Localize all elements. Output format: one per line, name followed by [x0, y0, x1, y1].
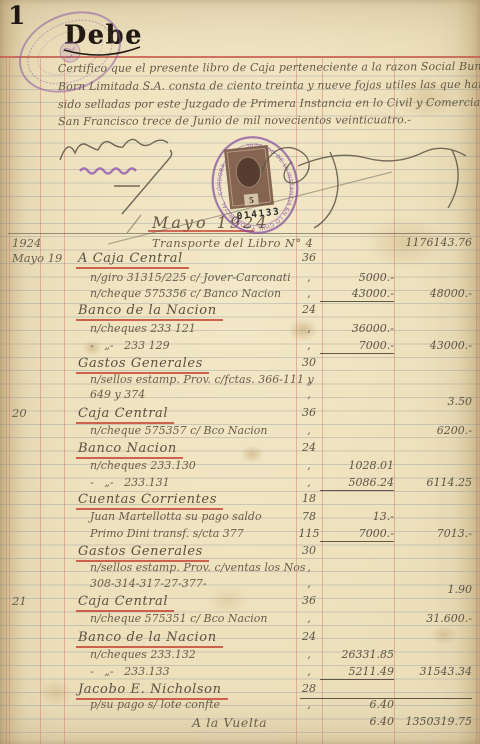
ledger-row: Gastos Generales30: [0, 544, 480, 559]
folio-ref: ,: [296, 373, 322, 386]
ledger-row: p/su pago s/ lote confte,6.40: [0, 698, 480, 713]
entry-description: n/sellos estamp. Prov. c/ventas los Nos: [90, 561, 306, 574]
entry-description: n/cheques 233 121: [90, 322, 196, 335]
folio-ref: ,: [296, 424, 322, 437]
ledger-row: Gastos Generales30: [0, 356, 480, 371]
amount-col2: 31.600.-: [398, 612, 472, 625]
ledger-row: - „- 233 129,7000.-43000.-: [0, 339, 480, 354]
folio-ref: ,: [296, 648, 322, 661]
account-title: Gastos Generales: [76, 544, 209, 562]
amount-col1: 13.-: [320, 510, 394, 523]
ledger-row: Banco Nacion24: [0, 441, 480, 456]
ledger-row: Banco de la Nacion24: [0, 303, 480, 318]
entry-date: Mayo 19: [12, 251, 72, 265]
entry-description: n/cheques 233.132: [90, 648, 196, 661]
amount-col2: 6200.-: [398, 424, 472, 437]
amount-col1: 26331.85: [320, 648, 394, 661]
folio-ref: 24: [296, 441, 322, 454]
ledger-row: n/cheque 575357 c/ Bco Nacion,6200.-: [0, 424, 480, 439]
entry-description: - „- 233.131: [90, 476, 170, 489]
ledger-row: Banco de la Nacion24: [0, 630, 480, 645]
entry-description: p/su pago s/ lote confte: [90, 698, 220, 711]
ledger-row: Jacobo E. Nicholson28: [0, 682, 480, 697]
folio-ref: 30: [296, 544, 322, 557]
ledger-entries: 1924Transporte del Libro N° 41176143.76M…: [0, 0, 480, 744]
folio-ref: ,: [296, 459, 322, 472]
entry-description: A la Vuelta: [192, 715, 267, 730]
amount-col2: 31543.34: [398, 665, 472, 678]
ledger-row: 20Caja Central36: [0, 406, 480, 421]
folio-ref: 36: [296, 251, 322, 264]
entry-description: Primo Dini transf. s/cta 377: [90, 527, 244, 540]
account-title: Caja Central: [76, 594, 174, 612]
ledger-row: n/cheque 575356 c/ Banco Nacion,43000.-4…: [0, 287, 480, 302]
folio-ref: ,: [296, 561, 322, 574]
entry-date: 21: [12, 594, 72, 608]
ledger-row: Juan Martellotta su pago saldo7813.-: [0, 510, 480, 525]
entry-description: n/cheques 233.130: [90, 459, 196, 472]
ledger-row: n/sellos estamp. Prov. c/ventas los Nos,: [0, 561, 480, 576]
amount-col2: 48000.-: [398, 287, 472, 300]
folio-ref: ,: [296, 322, 322, 335]
ledger-row: Mayo 19A Caja Central36: [0, 251, 480, 266]
folio-ref: ,: [296, 612, 322, 625]
ledger-row: n/giro 31315/225 c/ Jover-Carconati,5000…: [0, 271, 480, 286]
folio-ref: ,: [296, 476, 322, 489]
folio-ref: 78: [296, 510, 322, 523]
folio-ref: 115: [296, 527, 322, 540]
ledger-row: n/cheque 575351 c/ Bco Nacion,31.600.-: [0, 612, 480, 627]
entry-description: - „- 233 129: [90, 339, 170, 352]
ledger-row: Primo Dini transf. s/cta 3771157000.-701…: [0, 527, 480, 542]
ledger-row: n/cheques 233.130,1028.01: [0, 459, 480, 474]
folio-ref: 18: [296, 492, 322, 505]
entry-date: 1924: [12, 236, 72, 250]
amount-col1: 7000.-: [320, 339, 394, 354]
amount-col1: 7000.-: [320, 527, 394, 542]
ledger-row: n/sellos estamp. Prov. c/fctas. 366-111 …: [0, 373, 480, 388]
folio-ref: ,: [296, 698, 322, 711]
account-title: Banco de la Nacion: [76, 630, 223, 648]
folio-ref: 30: [296, 356, 322, 369]
folio-ref: ,: [296, 271, 322, 284]
ledger-row: 21Caja Central36: [0, 594, 480, 609]
account-title: Banco Nacion: [76, 441, 183, 459]
entry-description: Juan Martellotta su pago saldo: [90, 510, 262, 523]
amount-col2: 43000.-: [398, 339, 472, 352]
amount-col1: 36000.-: [320, 322, 394, 335]
account-title: Caja Central: [76, 406, 174, 424]
entry-description: n/giro 31315/225 c/ Jover-Carconati: [90, 271, 291, 284]
folio-ref: 36: [296, 406, 322, 419]
ledger-page: 1 Debe Certifico que el presente libro d…: [0, 0, 480, 744]
amount-col2: 6114.25: [398, 476, 472, 489]
amount-col1: 5211.49: [320, 665, 394, 680]
account-title: Gastos Generales: [76, 356, 209, 374]
amount-col1: 1028.01: [320, 459, 394, 472]
ledger-row: n/cheques 233.132,26331.85: [0, 648, 480, 663]
amount-col1: 43000.-: [320, 287, 394, 302]
ledger-row: - „- 233.131,5086.246114.25: [0, 476, 480, 491]
account-title: Banco de la Nacion: [76, 303, 223, 321]
folio-ref: ,: [296, 339, 322, 352]
entry-description: Transporte del Libro N° 4: [152, 236, 313, 250]
entry-date: 20: [12, 406, 72, 420]
entry-description: n/sellos estamp. Prov. c/fctas. 366-111 …: [90, 373, 314, 386]
folio-ref: ,: [296, 287, 322, 300]
entry-description: - „- 233.133: [90, 665, 170, 678]
account-title: A Caja Central: [76, 251, 189, 269]
ledger-row: 1924Transporte del Libro N° 41176143.76: [0, 236, 480, 251]
amount-col2: 1176143.76: [398, 236, 472, 249]
ledger-row: - „- 233.133,5211.4931543.34: [0, 665, 480, 680]
ledger-row: A la Vuelta6.401350319.75: [0, 715, 480, 730]
amount-col1: 5086.24: [320, 476, 394, 491]
entry-description: n/cheque 575351 c/ Bco Nacion: [90, 612, 267, 625]
entry-description: n/cheque 575356 c/ Banco Nacion: [90, 287, 281, 300]
ledger-row: n/cheques 233 121,36000.-: [0, 322, 480, 337]
ledger-row: Cuentas Corrientes18: [0, 492, 480, 507]
folio-ref: ,: [296, 665, 322, 678]
folio-ref: 28: [296, 682, 322, 695]
amount-col2: 1350319.75: [398, 715, 472, 728]
folio-ref: 36: [296, 594, 322, 607]
amount-col1: 5000.-: [320, 271, 394, 284]
amount-col1: 6.40: [320, 698, 394, 711]
amount-col2: 7013.-: [398, 527, 472, 540]
amount-col1: 6.40: [320, 715, 394, 728]
folio-ref: 24: [296, 630, 322, 643]
account-title: Cuentas Corrientes: [76, 492, 223, 510]
folio-ref: 24: [296, 303, 322, 316]
sum-line: [300, 698, 472, 699]
entry-description: n/cheque 575357 c/ Bco Nacion: [90, 424, 267, 437]
